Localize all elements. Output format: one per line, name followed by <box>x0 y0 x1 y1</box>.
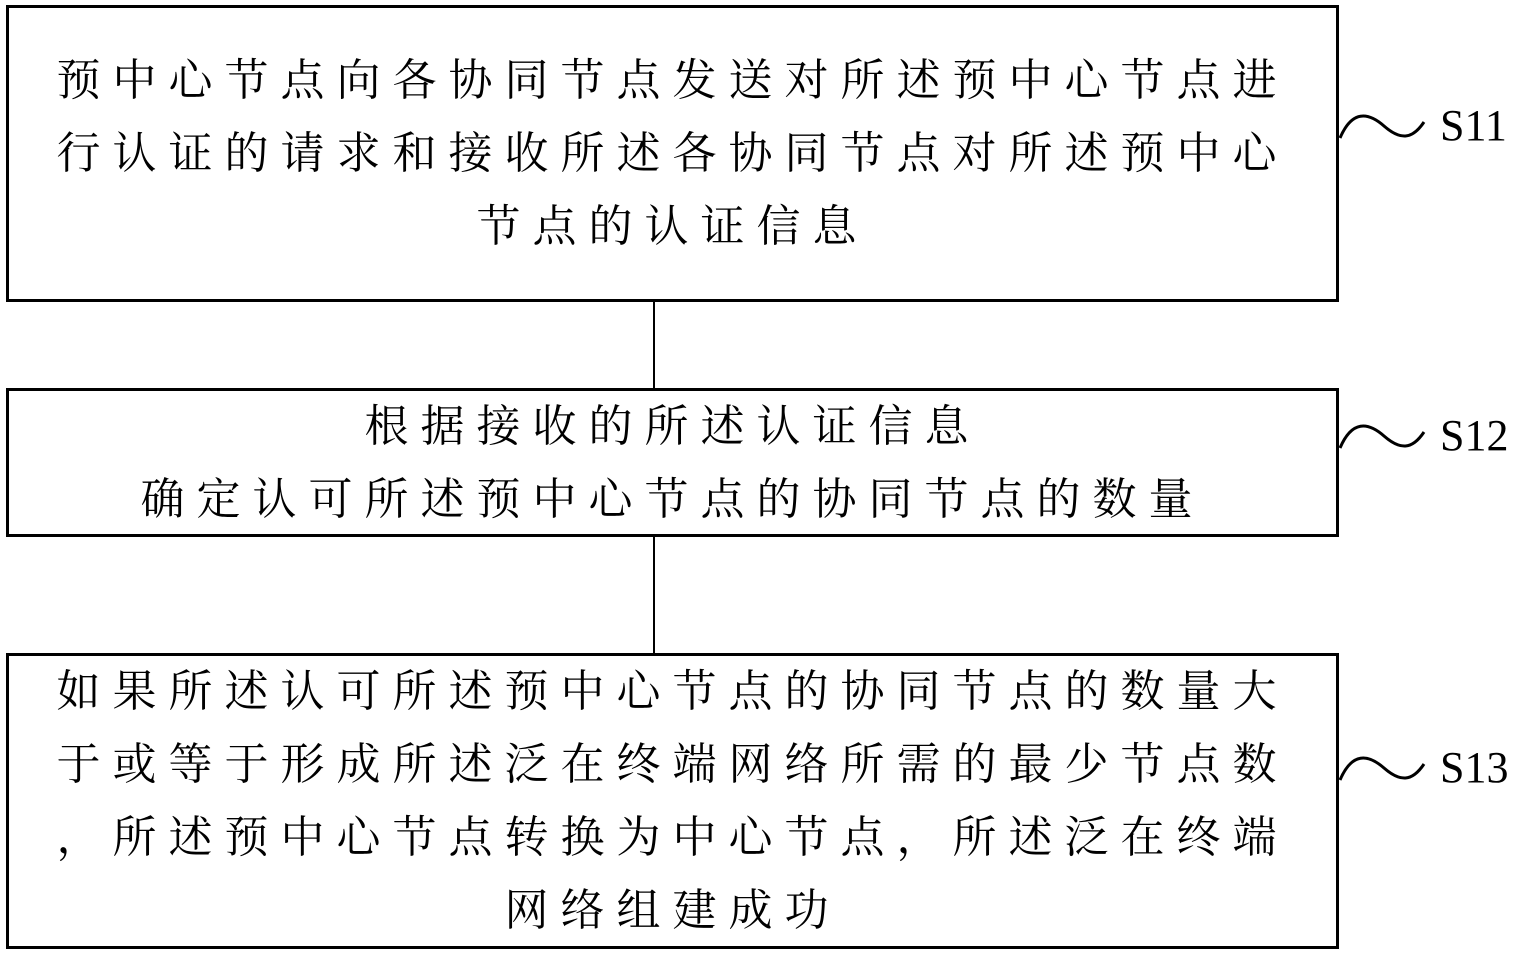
step-s13-line-4: 网络组建成功 <box>505 874 841 947</box>
step-s13-line-2: 于或等于形成所述泛在终端网络所需的最少节点数 <box>57 728 1289 801</box>
step-label-s11: S11 <box>1440 104 1507 148</box>
step-box-s13: 如果所述认可所述预中心节点的协同节点的数量大 于或等于形成所述泛在终端网络所需的… <box>6 653 1339 949</box>
step-label-s13: S13 <box>1440 746 1508 790</box>
tilde-leader-icon <box>1338 418 1428 454</box>
step-s11-line-1: 预中心节点向各协同节点发送对所述预中心节点进 <box>57 44 1289 117</box>
step-s13-line-1: 如果所述认可所述预中心节点的协同节点的数量大 <box>57 655 1289 728</box>
step-text-s12: 根据接收的所述认证信息 确定认可所述预中心节点的协同节点的数量 <box>9 391 1336 534</box>
step-box-s12: 根据接收的所述认证信息 确定认可所述预中心节点的协同节点的数量 <box>6 388 1339 537</box>
step-s12-line-1: 根据接收的所述认证信息 <box>365 390 981 463</box>
connector-s12-s13 <box>653 537 655 653</box>
tilde-leader-icon <box>1338 750 1428 786</box>
connector-s11-s12 <box>653 302 655 388</box>
step-s11-line-3: 节点的认证信息 <box>477 190 869 263</box>
tilde-leader-icon <box>1338 108 1428 144</box>
step-s12-line-2: 确定认可所述预中心节点的协同节点的数量 <box>141 463 1205 536</box>
step-label-s12: S12 <box>1440 414 1508 458</box>
step-text-s11: 预中心节点向各协同节点发送对所述预中心节点进 行认证的请求和接收所述各协同节点对… <box>9 8 1336 299</box>
step-box-s11: 预中心节点向各协同节点发送对所述预中心节点进 行认证的请求和接收所述各协同节点对… <box>6 5 1339 302</box>
step-s13-line-3: ，所述预中心节点转换为中心节点，所述泛在终端 <box>57 801 1289 874</box>
step-text-s13: 如果所述认可所述预中心节点的协同节点的数量大 于或等于形成所述泛在终端网络所需的… <box>9 656 1336 946</box>
step-s11-line-2: 行认证的请求和接收所述各协同节点对所述预中心 <box>57 117 1289 190</box>
